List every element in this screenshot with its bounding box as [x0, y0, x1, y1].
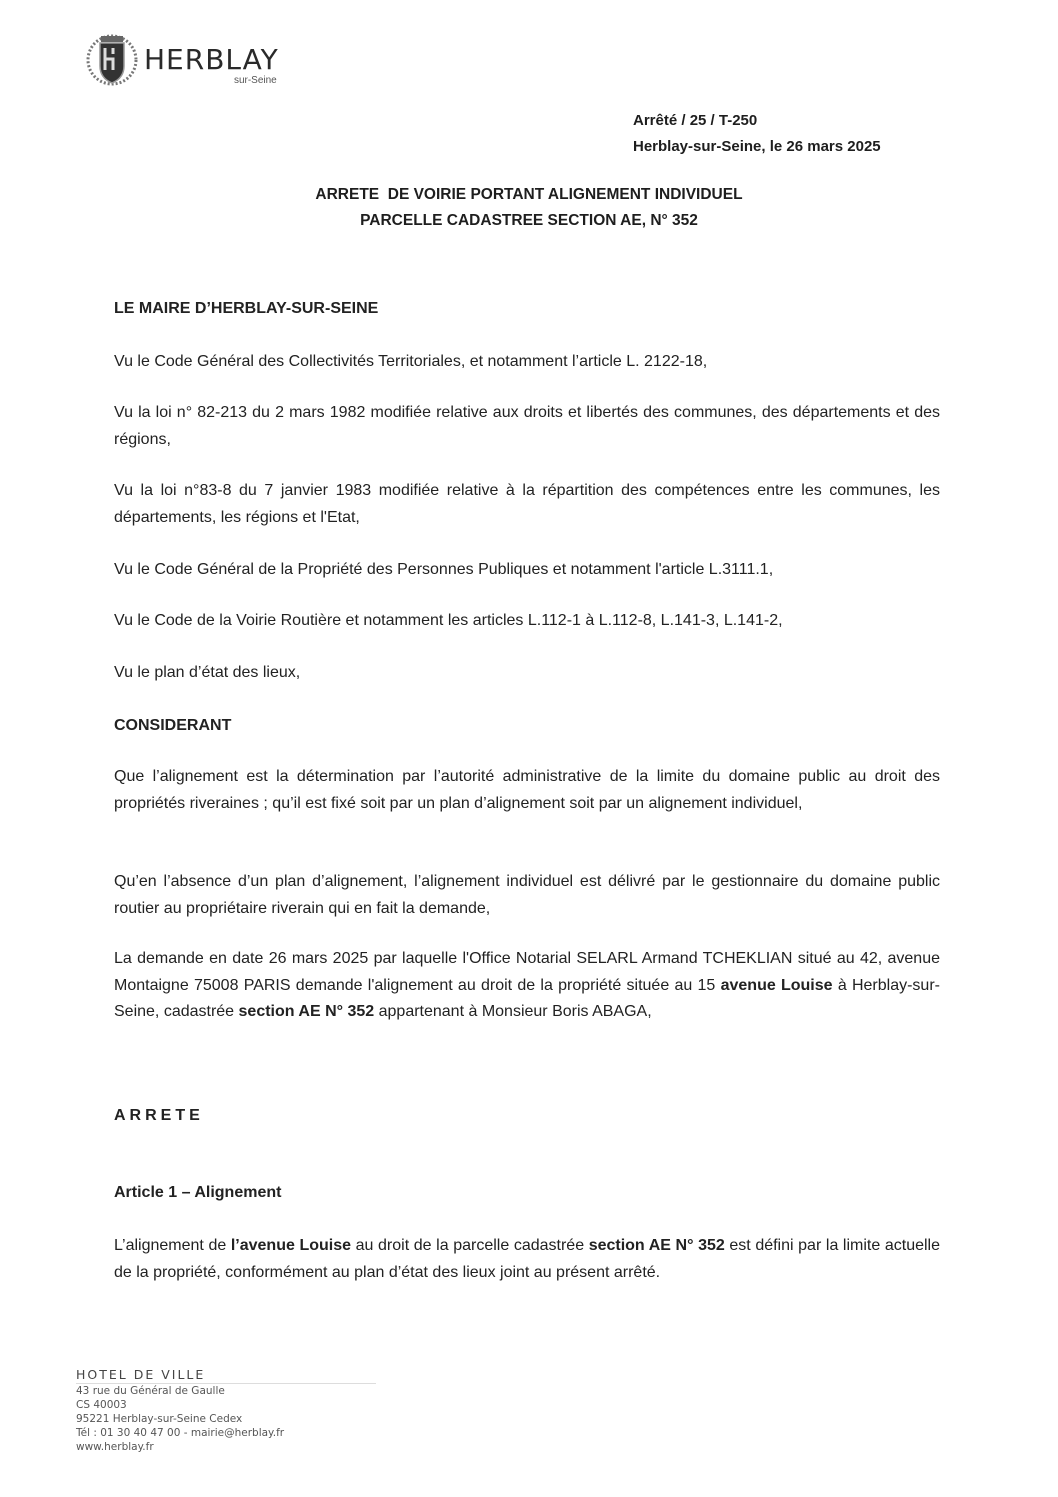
logo-name: HERBLAY	[144, 45, 279, 75]
reference-block: Arrêté / 25 / T-250 Herblay-sur-Seine, l…	[633, 108, 881, 160]
arrete-heading-text: ARRETE	[114, 1103, 940, 1130]
vu-text: Vu le Code Général des Collectivités Ter…	[114, 349, 940, 376]
paragraph-text: Que l’alignement est la détermination pa…	[114, 764, 940, 817]
street-name: l’avenue Louise	[231, 1237, 351, 1254]
place-date: Herblay-sur-Seine, le 26 mars 2025	[633, 134, 881, 160]
parcel-ref: section AE N° 352	[589, 1237, 725, 1254]
text-run: au droit de la parcelle cadastrée	[351, 1237, 589, 1254]
text-run: appartenant à Monsieur Boris ABAGA,	[374, 1003, 651, 1020]
vu-6: Vu le plan d’état des lieux,	[114, 660, 940, 687]
considerant-heading: CONSIDERANT	[114, 713, 940, 740]
paragraph-text: La demande en date 26 mars 2025 par laqu…	[114, 946, 940, 1026]
street-name: avenue Louise	[721, 977, 833, 994]
authority-heading: LE MAIRE D’HERBLAY-SUR-SEINE	[114, 296, 940, 323]
considerant-para-2: Qu’en l’absence d’un plan d’alignement, …	[114, 869, 940, 922]
document-page: HERBLAY sur-Seine Arrêté / 25 / T-250 He…	[0, 0, 1058, 1497]
article-heading-text: Article 1 – Alignement	[114, 1180, 940, 1207]
document-title: ARRETE DE VOIRIE PORTANT ALIGNEMENT INDI…	[0, 182, 1058, 234]
vu-5: Vu le Code de la Voirie Routière et nota…	[114, 608, 940, 635]
vu-text: Vu le plan d’état des lieux,	[114, 660, 940, 687]
logo-subtitle: sur-Seine	[234, 75, 277, 86]
footer-address: HOTEL DE VILLE 43 rue du Général de Gaul…	[76, 1367, 376, 1454]
parcel-ref: section AE N° 352	[239, 1003, 375, 1020]
considerant-para-3: La demande en date 26 mars 2025 par laqu…	[114, 946, 940, 1026]
footer-title: HOTEL DE VILLE	[76, 1367, 376, 1384]
text-run: L’alignement de	[114, 1237, 231, 1254]
vu-2: Vu la loi n° 82-213 du 2 mars 1982 modif…	[114, 400, 940, 453]
considerant-heading-text: CONSIDERANT	[114, 713, 940, 740]
arrete-heading: ARRETE	[114, 1103, 940, 1130]
paragraph-text: Qu’en l’absence d’un plan d’alignement, …	[114, 869, 940, 922]
vu-text: Vu le Code Général de la Propriété des P…	[114, 557, 940, 584]
vu-3: Vu la loi n°83-8 du 7 janvier 1983 modif…	[114, 478, 940, 531]
footer-website: www.herblay.fr	[76, 1440, 376, 1454]
footer-city: 95221 Herblay-sur-Seine Cedex	[76, 1412, 376, 1426]
vu-text: Vu le Code de la Voirie Routière et nota…	[114, 608, 940, 635]
vu-4: Vu le Code Général de la Propriété des P…	[114, 557, 940, 584]
vu-1: Vu le Code Général des Collectivités Ter…	[114, 349, 940, 376]
considerant-para-1: Que l’alignement est la détermination pa…	[114, 764, 940, 817]
paragraph-text: L’alignement de l’avenue Louise au droit…	[114, 1233, 940, 1286]
herblay-coat-of-arms-icon	[86, 30, 138, 90]
herblay-logo: HERBLAY sur-Seine	[86, 30, 279, 90]
title-line-2: PARCELLE CADASTREE SECTION AE, N° 352	[0, 208, 1058, 234]
article-1-heading: Article 1 – Alignement	[114, 1180, 940, 1207]
footer-street: 43 rue du Général de Gaulle	[76, 1384, 376, 1398]
title-line-1: ARRETE DE VOIRIE PORTANT ALIGNEMENT INDI…	[0, 182, 1058, 208]
vu-text: Vu la loi n°83-8 du 7 janvier 1983 modif…	[114, 478, 940, 531]
footer-cs: CS 40003	[76, 1398, 376, 1412]
article-1-body: L’alignement de l’avenue Louise au droit…	[114, 1233, 940, 1286]
footer-contact: Tél : 01 30 40 47 00 - mairie@herblay.fr	[76, 1426, 376, 1440]
vu-text: Vu la loi n° 82-213 du 2 mars 1982 modif…	[114, 400, 940, 453]
arrete-number: Arrêté / 25 / T-250	[633, 108, 881, 134]
authority-text: LE MAIRE D’HERBLAY-SUR-SEINE	[114, 296, 940, 323]
